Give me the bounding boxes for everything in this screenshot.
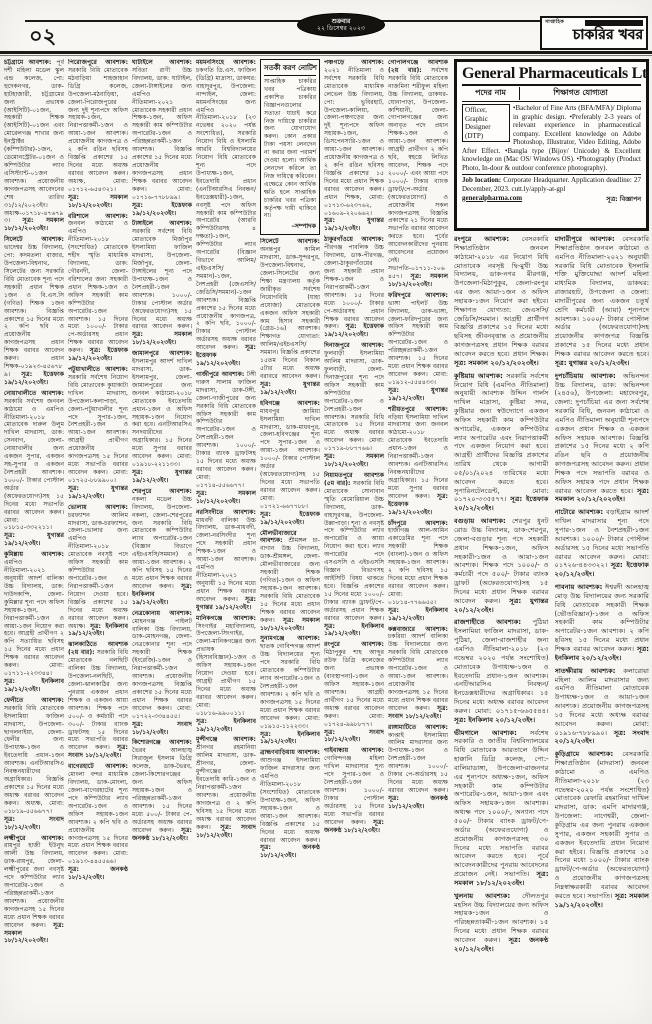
ad-location-lead: দিনাজপুরে আবশ্যক: [324,342,384,349]
ad-location-lead: পঞ্চগড়ে আবশ্যক: [324,59,384,66]
ad-body: সরকারি সর্বশেষ জনবল কাঠামো ও এমপিও নীতিম… [4,398,64,532]
ad-body: নকলা মডেল উচ্চ বিদ্যালয়, উপজেলা-নকলা, জ… [132,496,192,590]
right-section: General Pharmaceuticals Ltd পদের নাম শিক… [454,59,649,1017]
ad-location-lead: কিশোরগঞ্জে আবশ্যক: [132,739,192,746]
ad-location-lead: ভীমগালে আবশ্যক: [454,729,517,737]
classified-ad: ফরিদপুরে আবশ্যক: ভাঙ্গা পাইলট উচ্চ বিদ্য… [388,292,448,403]
ad-source: সূত্র: ইত্তেফাক ১৯/১২/২০২৩ইং। [132,202,192,217]
classified-ad: রংপুরে আবশ্যক: বেসরকারি শিক্ষাপ্রতিষ্ঠান… [454,235,549,368]
classified-ad: কিশোরগঞ্জে আবশ্যক: ভৈরব আলহাজ্ব সিরাজুল … [132,739,192,842]
classified-ad: রাজশাহীতে আবশ্যক: পুঠিয়া ইসলামিয়া ফাজি… [454,618,549,724]
ad-location-lead: পিরোজপুরে আবশ্যক: [68,59,128,66]
ad-location-lead: চাঁদপুরে আবশ্যক: [388,520,448,527]
classified-ad: দুপচাঁচিয়ায় আবশ্যক: অভিনন্দন উচ্চ বিদ্… [555,372,650,505]
masthead-ribbon [585,20,643,26]
classified-ad: জামালপুরে আবশ্যক: ইসলামপুর আদর্শ দাখিল ম… [132,350,192,485]
ad-location-lead: লক্ষ্মীপুরে আবশ্যক: [4,835,64,842]
ad-body: সরকারি সর্বশেষ নিয়োগ বিধি (এমপিও নীতিমা… [454,372,549,504]
ad-location-lead: রাঙ্গামাটিতে আবশ্যক: [388,724,448,731]
classified-ad: বগুড়ায় আবশ্যক: শেরপুর ধুনট রোড উচ্চ বি… [454,517,549,614]
classified-ad: নেত্রকোনায় আবশ্যক: মোহনগঞ্জ পাইলট বালিক… [132,610,192,737]
ad-location-lead: মানিকগঞ্জে আবশ্যক: [196,615,256,622]
ad-location-lead: কুষ্টিয়ায় আবশ্যক: [454,372,503,380]
general-pharma-ad: General Pharmaceuticals Ltd পদের নাম শিক… [454,59,649,231]
masthead-logo: সাপ্তাহিক চাকরির খবর [540,16,648,50]
classified-ad: মৌলভীবাজারে আবশ্যক: শ্রীমঙ্গল চা-বাগান উ… [260,530,320,633]
ad-source: সূত্র: সমকাল ১৮/১২/২০২৩ইং। [132,331,192,346]
ad-source: সূত্র: যুগান্তর ১৯/১২/২৩ইং। [132,469,192,484]
ad-body: শেরপুর ধুনট রোড উচ্চ বিদ্যালয়, ডাক-শেরপ… [454,517,549,605]
classified-ad: ভোলায় আবশ্যক: চরফ্যাশন আলিম মাদরাসা, ডা… [68,504,128,639]
ad-body: কলারোয়া মহিলা আলিম মাদরাসার জন্য এমপিও … [555,667,650,737]
ad-body: বেসরকারি শিক্ষাপ্রতিষ্ঠান জনবল কাঠামো ও … [555,235,650,358]
ad-source: সূত্র: সমকাল ১৮/১২/২০২৩ইং। [4,217,64,232]
classified-column-9: মাদারীপুরে আবশ্যক: বেসরকারি শিক্ষাপ্রতিষ… [555,235,650,1017]
ad-source: সূত্র: ইনকিলাব ২০/১২/২৩ইং। [454,716,535,724]
ad-body: রায়পুর হাজী ইউনুছ আলী উচ্চ বিদ্যালয়, ড… [4,842,64,928]
ad-location-lead: নোয়াখালীতে আবশ্যক: [4,390,64,397]
ad-source: সূত্র: জনকণ্ঠ ১৮/১২/২৩ইং। [260,844,320,859]
ad-source: সূত্র: যুগান্তর ১৯/১২/২৩ইং। [388,387,448,402]
ad-body: ঈশ্বরদী আলহাজ্ব মোড় উচ্চ বিদ্যালয়ের জন… [555,583,650,653]
classified-column-8: রংপুরে আবশ্যক: বেসরকারি শিক্ষাপ্রতিষ্ঠান… [454,235,549,1017]
ad-body: সরকারি সর্বশেষ বিধি মোতাবেক মির্জাপুর ইস… [132,228,192,330]
classified-ad: মুন্সীগঞ্জে আবশ্যক: শ্রীনগর রহমানিয়া আল… [196,736,256,839]
ad-source: সূত্র: সমকাল ২০/১২/২০২৩ইং। [454,359,539,367]
ad-location-lead: নেত্রকোনায় আবশ্যক: [132,610,192,617]
ad-body: শ্রীমঙ্গল চা-বাগান উচ্চ বিদ্যালয়, ডাক-শ… [260,537,320,623]
ad-source: সূত্র: জনকণ্ঠ ১৮/১২/২৩ইং। [68,866,128,881]
warning-notice-body: সাপ্তাহিক চাকরির খবর পত্রিকায় প্রকাশিত … [264,78,316,220]
ad-location-lead: কক্সবাজারে আবশ্যক: [388,626,448,633]
ad-location-lead: নাটোরে আবশ্যক: [555,508,604,516]
ad-source: সূত্র: ইনকিলাব ১৯/১২/২৩ইং। [4,678,64,693]
classified-ad: রাঙ্গামাটিতে আবশ্যক: কাপ্তাই ইসলামিয়া আ… [388,724,448,811]
ad-source: সূত্র: ইনকিলাব ১৯/১২/২৩ইং। [388,607,448,622]
classified-column-3: ঘাটাইলে আবশ্যক: সবিতা রাণী উচ্চ বিদ্যালয… [132,59,192,1017]
ad-location-lead: সিলেটে আবশ্যক: [260,238,320,245]
ad-location-lead: ব্রাহ্মণবাড়িয়ায় আবশ্যক: [260,749,320,756]
classified-ad: সিলেটে আবশ্যক: অনন্তপুর কামিল মাদরাসা, ড… [260,238,320,396]
classified-ad: কুষ্টিয়ায় আবশ্যক: সরকারি সর্বশেষ নিয়ো… [454,372,549,514]
classified-ad: শরীয়তপুরে আবশ্যক: নড়িয়া ইসলামিয়া দাখ… [388,406,448,517]
ad-location-lead: বগুড়ায় আবশ্যক: [454,517,506,525]
ad-body: মাধবদী বালিকা উচ্চ বিদ্যালয়, ডাক-মাধবদী… [196,517,256,603]
header-divider-thin [0,55,652,56]
ad-location-lead: ঠাকুরগাঁওয়ে আবশ্যক: [324,236,384,243]
ad-source: সূত্র: জনকণ্ঠ ১৮/১২/২৩ইং। [388,795,448,810]
page-header: ০২ শুক্রবার ২২ ডিসেম্বর ২০২৩ সাপ্তাহিক চ… [25,20,648,50]
pharma-ad-table-header: পদের নাম শিক্ষাগত যোগ্যতা [462,86,641,102]
pharma-ad-position-header: পদের নাম [462,87,520,100]
ad-body: বেসরকারি শিক্ষাপ্রতিষ্ঠান জনবল কাঠামো-২০… [454,235,549,358]
classified-ad: চাঁদপুরে আবশ্যক: হাজীগঞ্জ আল-আমিন একাডেম… [388,520,448,623]
warning-notice-box: সতর্কী করণ নোটিশ সাপ্তাহিক চাকরির খবর পত… [260,59,320,235]
ad-body: গোবিন্দগঞ্জ মহিলা দাখিল মাদরাসার শূন্য প… [324,755,384,825]
ad-location-lead: মাদারীপুরে আবশ্যক: [555,235,615,243]
ad-body: সরকারি বিধি মোতাবেক নলছিটি বালিকা উচ্চ ব… [68,649,128,751]
ad-location-lead: পাবনায় আবশ্যক: [555,583,603,591]
newspaper-page: ০২ শুক্রবার ২২ ডিসেম্বর ২০২৩ সাপ্তাহিক চ… [0,0,652,1024]
ad-body: আশুগঞ্জ ইসলামিয়া ফাজিল মাদরাসার জন্য এম… [260,757,320,843]
classified-ad: টাঙ্গাইলে আবশ্যক: সরকারি সর্বশেষ বিধি মো… [132,220,192,347]
classified-ad: গাজীপুরে আবশ্যক: টঙ্গী দারুস সালাম ফাজিল… [196,371,256,506]
ad-source: সূত্র: ইত্তেফাক ১৯/১২/২০২৩ইং। [4,371,64,386]
classified-ad: গাইবান্ধায় আবশ্যক: গোবিন্দগঞ্জ মহিলা দা… [324,747,384,834]
classified-column-7: গোপালগঞ্জে আবশ্যক (২য় বার): সর্বশেষ সরক… [388,59,448,1017]
ad-body: মোংলা বন্দর মাধ্যমিক বিদ্যালয়, ডাক-মোংল… [68,771,128,865]
ad-location-lead: গাইবান্ধায় আবশ্যক: [324,747,384,754]
header-divider [0,51,652,54]
ad-body: ছাতক গোবিন্দগঞ্জ আদর্শ উচ্চ বিদ্যালয়ের … [260,643,320,729]
classified-ad: ঝালকাঠিতে আবশ্যক (২য় বার): সরকারি বিধি … [68,641,128,760]
ad-body: সরকারি বিধি মোতাবেক সোনাবান স্মৃতি মেমোর… [324,480,384,622]
ad-body: টঙ্গী দারুস সালাম ফাজিল মাদরাসা, ডাক-টঙ্… [196,371,256,489]
left-column-group: চট্টগ্রামে আবশ্যক: পূর্ব দর্শী মহিলা মডে… [4,59,450,1017]
ad-body: চকরিয়া আদর্শ বালিকা উচ্চ বিদ্যালয়ের জন… [388,633,448,711]
classified-ad: খুলনায় আবশ্যক: দৌলতপুর মহসিন উচ্চ বিদ্য… [454,892,549,954]
classified-ad: চট্টগ্রামে আবশ্যক: পূর্ব দর্শী মহিলা মডে… [4,59,64,233]
pharma-ad-source: সূত্র: বিজ্ঞাপন [606,194,641,205]
classified-ad: ঠাকুরগাঁওয়ে আবশ্যক: পীরগঞ্জ পাবলিক উচ্চ… [324,236,384,339]
classified-ad: কুড়িগ্রামে আবশ্যক: বেসরকারি শিক্ষাপ্রতি… [555,750,650,909]
ad-body: চরফ্যাশন আলিম মাদরাসা, ডাক-চরফ্যাশন, জেল… [68,512,128,630]
ad-source: সূত্র: যুগান্তর ১৯/১২/২৩ইং। [68,485,128,500]
ad-source: সূত্র: সংবাদ ১৮/১২/২৩ইং। [324,729,384,744]
pharma-ad-qualification-header: শিক্ষাগত যোগ্যতা [520,87,641,100]
ad-location-lead: খুলনায় আবশ্যক: [454,892,510,900]
ad-body: পুঠিয়া ইসলামিয়া ফাজিল মাদরাসা, ডাক-পুঠ… [454,618,549,714]
ad-location-lead: গাজীপুরে আবশ্যক: [196,371,244,378]
ad-location-lead: বরিশালে আবশ্যক: [68,213,128,220]
classified-ad: নিয়ামতপুরে আবশ্যক (৫ম বার): সরকারি বিধি… [324,472,384,638]
classified-ad: ব্রাহ্মণবাড়িয়ায় আবশ্যক: আশুগঞ্জ ইসলাম… [260,749,320,860]
ad-body: সর্বশেষ সরকারি ও জাতীয় বিশ্ববিদ্যালয়ের… [454,729,549,879]
ad-body: ভাদেশ্বর উচ্চ বিদ্যালয়, পো: কদমতলা বাজা… [4,244,64,378]
ad-location-lead: ফরিদপুরে আবশ্যক: [388,292,448,299]
ad-body: ২০২১ নীতিমালা ও সর্বশেষ সরকারি বিধি মোতা… [324,67,384,217]
classified-ad: গোপালগঞ্জে আবশ্যক (২য় বার): সর্বশেষ সরক… [388,59,448,289]
classified-column-2: পিরোজপুরে আবশ্যক: সরকারি বিধি মোতাবেক মঠ… [68,59,128,1017]
ad-source: সূত্র: যুগান্তর ১৯/১২/২৩ইং। [324,217,384,232]
ad-source: সূত্র: সমকাল ১৮/১২/২০২৩ইং। [196,490,256,505]
classified-ad: পঞ্চগড়ে আবশ্যক: ২০২১ নীতিমালা ও সর্বশেষ… [324,59,384,233]
ad-location-lead: সিলেটে আবশ্যক: [4,236,64,243]
ad-location-lead: চট্টগ্রামে আবশ্যক: [4,59,51,66]
classified-ad: বরিশালে আবশ্যক: জনবল কাঠামো ও এমপিও নীতি… [68,213,128,364]
classifieds-content: চট্টগ্রামে আবশ্যক: পূর্ব দর্শী মহিলা মডে… [4,59,649,1017]
classified-column-5: সতর্কী করণ নোটিশ সাপ্তাহিক চাকরির খবর পত… [260,59,320,1017]
ad-location-lead: টাঙ্গাইলে আবশ্যক: [132,220,192,227]
ad-body: জনবল কাঠামো ও এমপিও নীতিমালা-২০১৮ (সংশোধ… [68,220,128,354]
classified-ad: মাদারীপুরে আবশ্যক: বেসরকারি শিক্ষাপ্রতিষ… [555,235,650,368]
classified-ad: পাবনায় আবশ্যক: ঈশ্বরদী আলহাজ্ব মোড় উচ্… [555,583,650,663]
ad-body: হাজীগঞ্জ আল-আমিন একাডেমির শূন্য পদে সহকা… [388,527,448,605]
classified-ad: পটুয়াখালীতে আবশ্যক: সরকারি সর্বশেষ নিয়… [68,366,128,501]
ad-location-lead: হবিগঞ্জে আবশ্যক: [260,400,320,407]
ad-body: সর্বশেষ সরকারি বিধি মোতাবেক নাজমিনা শরীফ… [388,67,448,280]
ad-body: মোহনগঞ্জ পাইলট বালিকা উচ্চ বিদ্যালয়, ডা… [132,618,192,720]
classified-ad: দিনাজপুরে আবশ্যক: ফুলবাড়ী ইসলামিয়া আলি… [324,342,384,469]
classified-ad: নরসিংদীতে আবশ্যক: মাধবদী বালিকা উচ্চ বিদ… [196,509,256,612]
ad-location-lead: সাতক্ষীরায় আবশ্যক: [555,667,616,675]
pharma-ad-footer: generalpharma.com সূত্র: বিজ্ঞাপন [462,194,641,205]
classified-ad: ফেনীতে আবশ্যক: সরকারি বিধি মোতাবেক ইসলাম… [4,697,64,832]
classified-ad: রংপুরে আবশ্যক: মিঠাপুকুর শাহ আব্দুর রউফ … [324,641,384,744]
ad-source: সূত্র: সমকাল ১৮/১২/২০২৩ইং। [324,453,384,468]
ad-source: সূত্র: ইনকিলাব ১৯/১২/২৩ইং। [260,731,320,746]
warning-notice-signature: –সম্পাদক [264,221,316,232]
ad-body: চকগতি ডি.এস. ফাজিল (ডিগ্রি) মাদ্রাসা, ডা… [196,67,256,351]
classified-ad: ভীমগালে আবশ্যক: সর্বশেষ সরকারি ও জাতীয় … [454,729,549,888]
job-location-label: Job location: [462,176,501,184]
ad-body: অনন্তপুর কামিল মাদরাসা, ডাক-সুন্দরপুর, উ… [260,246,320,380]
classified-column-6: পঞ্চগড়ে আবশ্যক: ২০২১ নীতিমালা ও সর্বশেষ… [324,59,384,1017]
warning-notice-title: সতর্কী করণ নোটিশ [264,62,316,76]
ad-location-lead: বাগেরহাটে আবশ্যক: [68,763,128,770]
classified-ad: বাগেরহাটে আবশ্যক: মোংলা বন্দর মাধ্যমিক ব… [68,763,128,882]
ad-source: সূত্র: ইনকিলাব ১৯/১২/২৩ইং। [324,623,384,638]
ad-source: সূত্র: যুগান্তর ১৯/১২/২৩ইং। [260,381,320,396]
classified-column-1: চট্টগ্রামে আবশ্যক: পূর্ব দর্শী মহিলা মডে… [4,59,64,1017]
classified-ad: কুমিল্লায় আবশ্যক: এমপিও নীতিমালা-২০২১ অ… [4,551,64,694]
ad-source: সূত্র: যুগান্তর ১৯/১২/২৩ইং। [4,532,64,547]
classified-ad: নাটোরে আবশ্যক: বড়াইগ্রাম আদর্শ দাখিল মা… [555,508,650,579]
weekday-label: শুক্রবার [332,18,351,25]
ad-source: সূত্র: ইনকিলাব ১৯/১২/২৩ইং। [196,718,256,733]
classified-ad: সিলেটে আবশ্যক: ভাদেশ্বর উচ্চ বিদ্যালয়, … [4,236,64,387]
ad-body: পীরগঞ্জ পাবলিক উচ্চ বিদ্যালয়, ডাক-পীরগঞ… [324,244,384,330]
ad-body: এমপিও নীতিমালা-২০২১ অনুযায়ী আদর্শ বালিক… [4,559,64,677]
ad-location-lead: রংপুরে আবশ্যক: [454,235,509,243]
ad-source: সূত্র: যুগান্তর ২০/১২/২৩ইং। [555,359,630,367]
ad-source: সূত্র: সংবাদ ১৮/১২/২৩ইং। [4,816,64,831]
ad-body: ভাঙ্গা পাইলট উচ্চ বিদ্যালয়, ডাক-ভাঙ্গা,… [388,300,448,386]
ad-location-lead: রাজশাহীতে আবশ্যক: [454,618,521,626]
pharma-ad-body: Officer, Graphic Designer (DTP)•Bachelor… [462,104,641,172]
ad-body: বেসরকারি শিক্ষাপ্রতিষ্ঠান (মাদরাসা) জনবল… [555,750,650,900]
ad-body: নড়িয়া ইসলামিয়া দাখিল মাদরাসার জন্য জন… [388,414,448,500]
pharma-ad-position: Officer, Graphic Designer (DTP) [462,104,510,142]
ad-location-lead: মুন্সীগঞ্জে আবশ্যক: [196,736,256,743]
ad-body: কাপ্তাই ইসলামিয়া আলিম মাদরাসার জন্য উপা… [388,732,448,794]
ad-location-lead: রংপুরে আবশ্যক: [324,641,384,648]
ad-body: সরকারি সর্বশেষ নিয়োগ বিধি মোতাবেক কুয়া… [68,374,128,484]
ad-location-lead: জামালপুরে আবশ্যক: [132,350,192,357]
classified-column-4: ময়মনসিংহে আবশ্যক: চকগতি ডি.এস. ফাজিল (ড… [196,59,256,1017]
classified-column-5-flow: সিলেটে আবশ্যক: অনন্তপুর কামিল মাদরাসা, ড… [260,238,320,863]
pharma-website-link: generalpharma.com [462,194,522,205]
classified-ad: কক্সবাজারে আবশ্যক: চকরিয়া আদর্শ বালিকা … [388,626,448,721]
page-number: ০২ [29,23,56,49]
classified-ad: ময়মনসিংহে আবশ্যক: চকগতি ডি.এস. ফাজিল (ড… [196,59,256,368]
ad-location-lead: নরসিংদীতে আবশ্যক: [196,509,256,516]
classified-ad: হবিগঞ্জে আবশ্যক: মাধবপুর জামিয়া ইসলামিয… [260,400,320,527]
date-label: ২২ ডিসেম্বর ২০২৩ [317,25,365,33]
ad-location-lead: শেরপুরে আবশ্যক: [132,488,192,495]
right-column-group: রংপুরে আবশ্যক: বেসরকারি শিক্ষাপ্রতিষ্ঠান… [454,235,649,1017]
ad-location-lead: ফেনীতে আবশ্যক: [4,697,64,704]
ad-source: সূত্র: সমকাল ১৮/১২/২০২৩ইং। [68,194,128,209]
classified-ad: সুনামগঞ্জে আবশ্যক: ছাতক গোবিন্দগঞ্জ আদর্… [260,635,320,746]
classified-ad: সাতক্ষীরায় আবশ্যক: কলারোয়া মহিলা আলিম … [555,667,650,747]
ad-body: মিঠাপুকুর শাহ আব্দুর রউফ ডিগ্রি কলেজের জ… [324,649,384,727]
classified-ad: নোয়াখালীতে আবশ্যক: সরকারি সর্বশেষ জনবল … [4,390,64,548]
classified-ad: মানিকগঞ্জে আবশ্যক: সিংগাইর মহাবিদ্যালয়,… [196,615,256,734]
ad-body: শ্রীনগর রহমানিয়া আলিম মাদরাসা, ডাক-শ্রী… [196,744,256,830]
ad-body: সিংগাইর মহাবিদ্যালয়, উপজেলা-সিংগাইর, জে… [196,623,256,717]
ad-body: সবিতা রাণী উচ্চ বিদ্যালয়, ডাক: ঘাটাইল, … [132,67,192,201]
ad-location-lead: কুমিল্লায় আবশ্যক: [4,551,64,558]
classified-ad: লক্ষ্মীপুরে আবশ্যক: রায়পুর হাজী ইউনুছ আ… [4,835,64,946]
ad-body: ইসলামপুর আদর্শ দাখিল মাদরাসা, ডাক-ইসলামপ… [132,358,192,468]
ad-source: সূত্র: সংবাদ ১৮/১২/২৩ইং। [132,721,192,736]
ad-body: সরকারি বিধি মোতাবেক মঠবাড়িয়া শাহজাহান … [68,67,128,193]
classified-ad: পিরোজপুরে আবশ্যক: সরকারি বিধি মোতাবেক মঠ… [68,59,128,210]
ad-source: সূত্র: ইত্তেফাক ১৯/১২/২০২৩ইং। [260,511,320,526]
ad-location-lead: দুপচাঁচিয়ায় আবশ্যক: [555,372,616,380]
ad-location-lead: ভোলায় আবশ্যক: [68,504,128,511]
masthead-weekly-label: সাপ্তাহিক [545,19,564,27]
classified-ad: শেরপুরে আবশ্যক: নকলা মডেল উচ্চ বিদ্যালয়… [132,488,192,607]
date-badge: শুক্রবার ২২ ডিসেম্বর ২০২৩ [297,13,385,37]
ad-body: সরকারি বিধি মোতাবেক ইসলামিয়া ফাজিল মাদর… [4,705,64,815]
ad-location-lead: ঘাটাইলে আবশ্যক: [132,59,192,66]
ad-body: অভিনন্দন উচ্চ বিদ্যালয়, ডাক: অভিনন্দন (… [555,372,650,495]
ad-body: মাধবপুর জামিয়া ইসলামিয়া দাখিল মাদরাসা,… [260,408,320,510]
pharma-ad-job-location: Job location: Corporate Headquarter. App… [462,174,641,194]
ad-location-lead: শরীয়তপুরে আবশ্যক: [388,406,448,413]
ad-body: ফুলবাড়ী ইসলামিয়া আলিম মাদরাসা, ডাক-ফুল… [324,350,384,452]
masthead-title: চাকরির খবর [545,26,643,44]
ad-location-lead: সুনামগঞ্জে আবশ্যক: [260,635,320,642]
ad-location-lead: পটুয়াখালীতে আবশ্যক: [68,366,128,373]
ad-body: ভৈরব আলহাজ্ব সিরাজুল ইসলাম ডিগ্রি কলেজ, … [132,747,192,833]
ad-body: পূর্ব দর্শী মহিলা মডেল স্কুল এন্ড কলেজ, … [4,59,64,224]
pharma-ad-title: General Pharmaceuticals Ltd [462,65,641,86]
classified-ad: ঘাটাইলে আবশ্যক: সবিতা রাণী উচ্চ বিদ্যালয… [132,59,192,217]
ad-location-lead: কুড়িগ্রামে আবশ্যক: [555,750,614,758]
ad-location-lead: ময়মনসিংহে আবশ্যক: [196,59,256,66]
